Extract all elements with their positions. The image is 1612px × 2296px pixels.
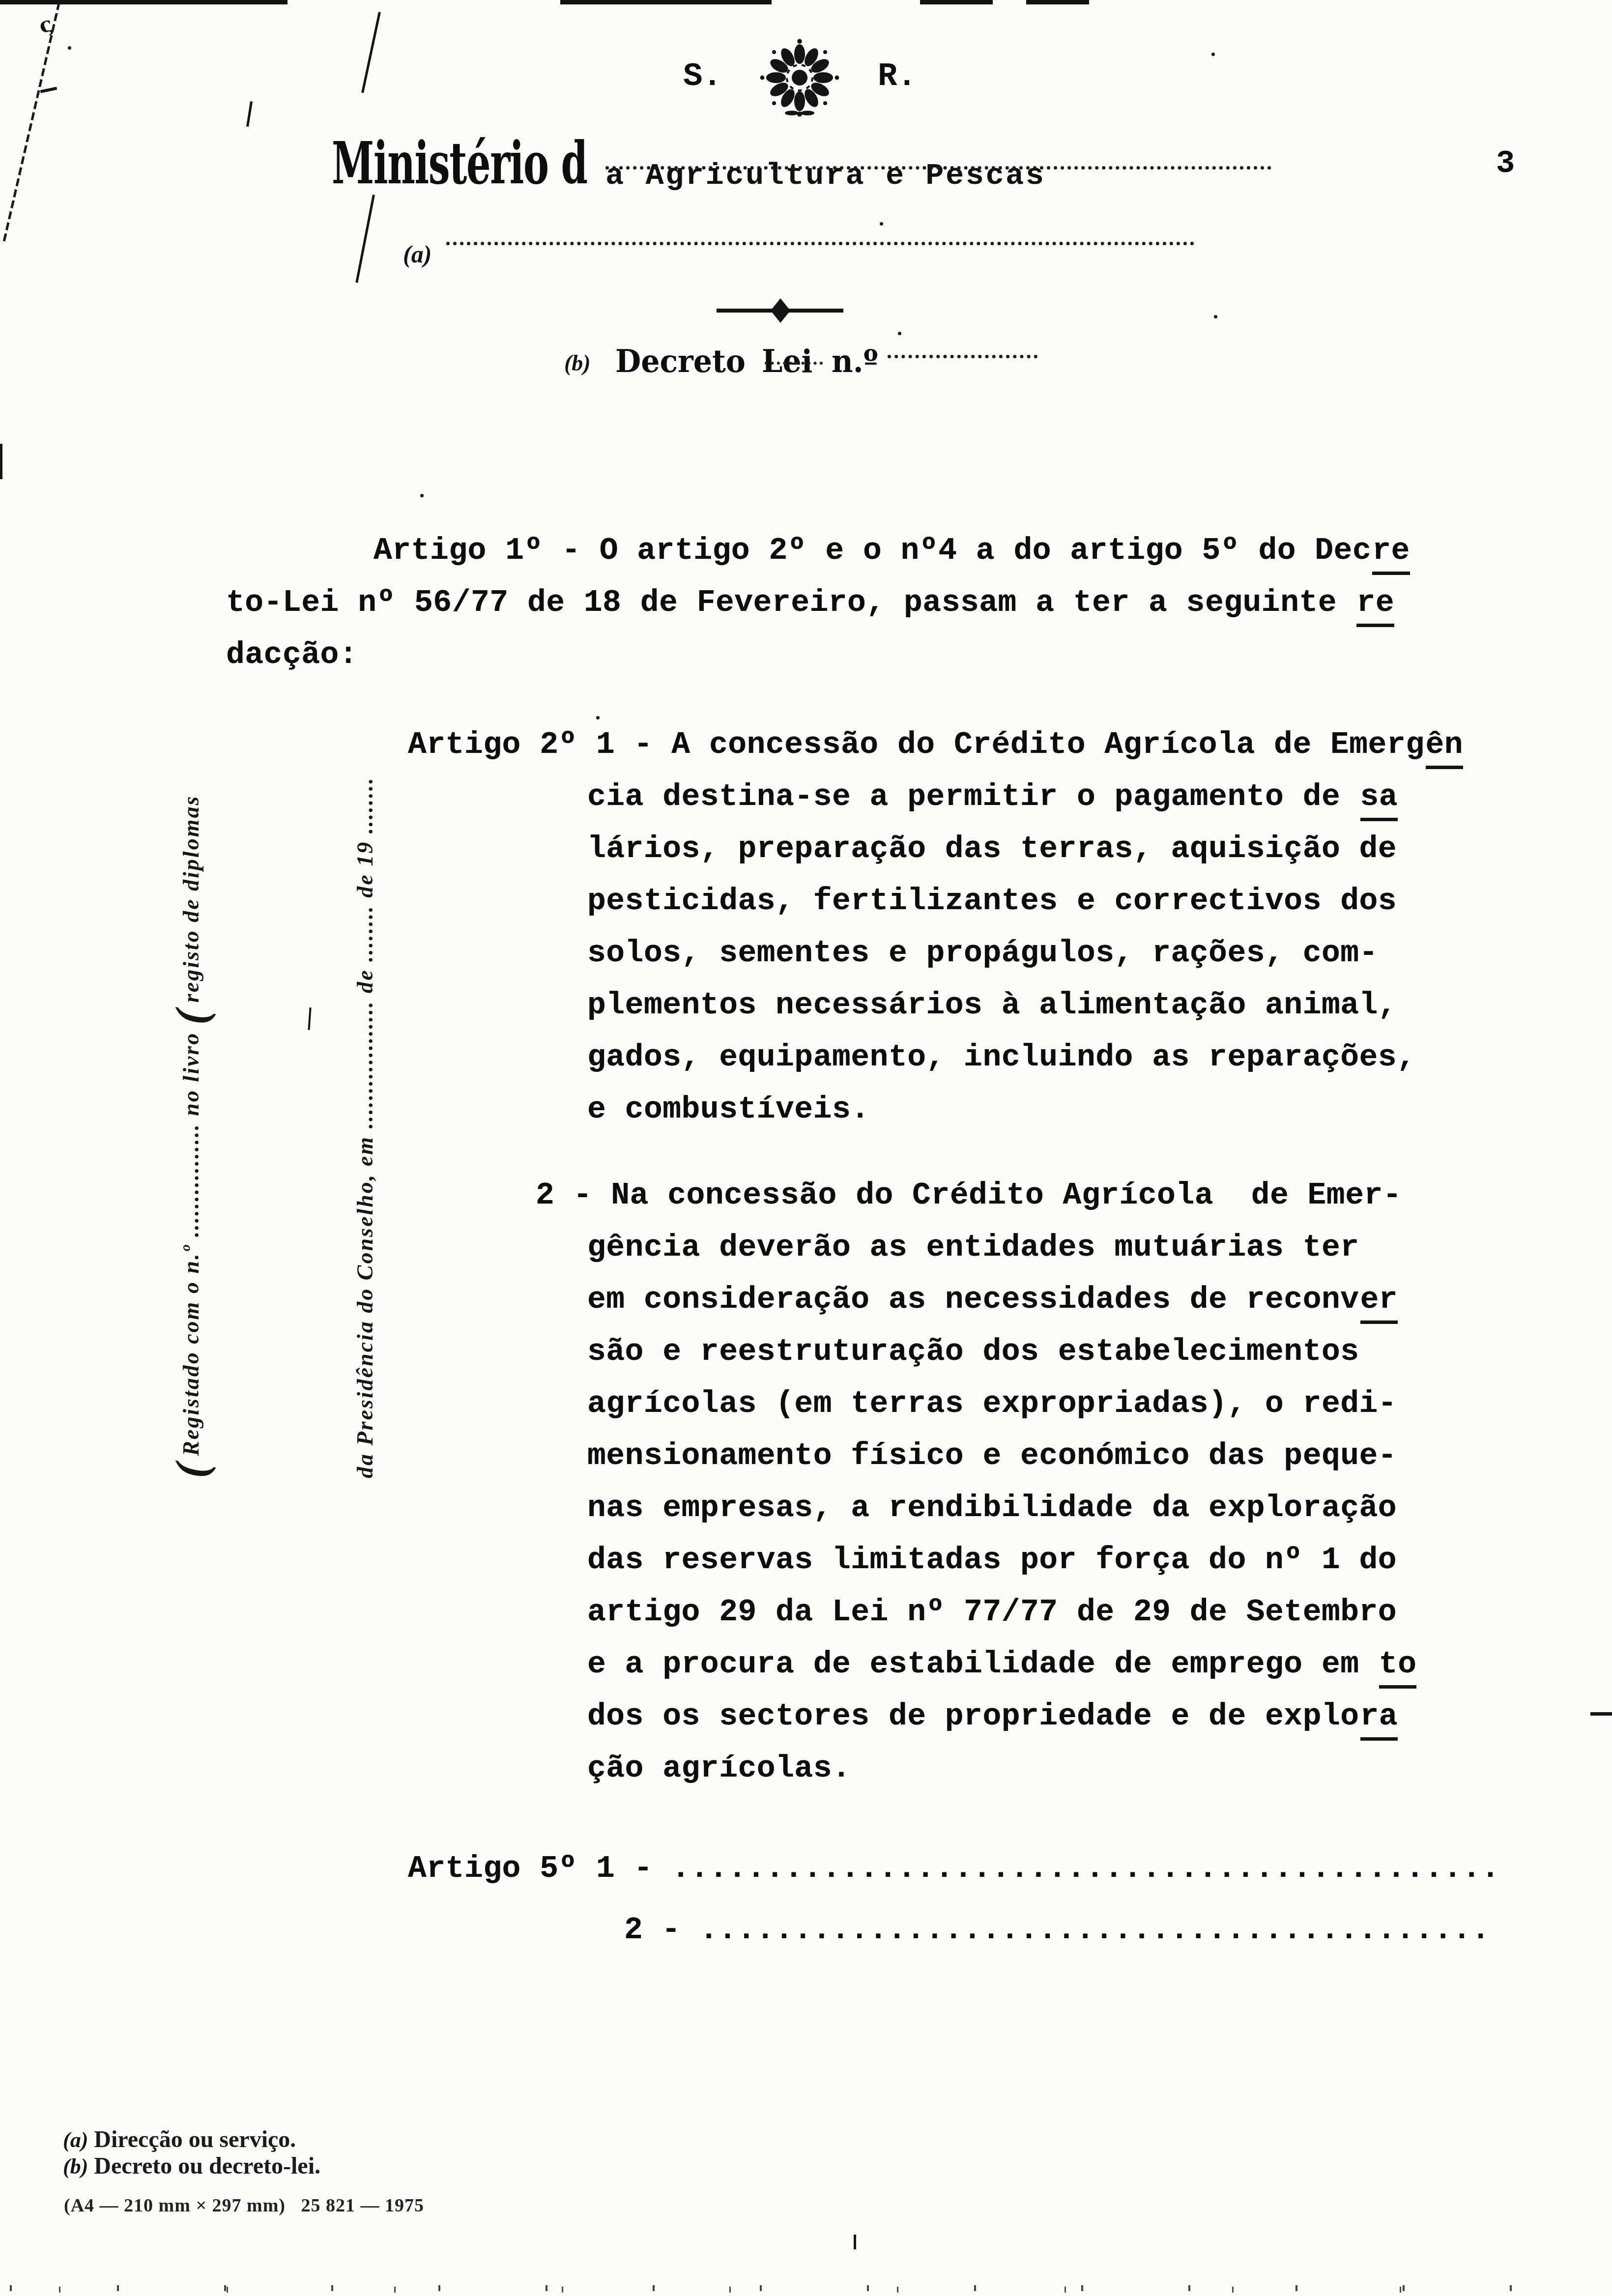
scanned-document-page: ς S. [0, 0, 1612, 2296]
scan-scratch-line [2, 2, 60, 244]
header-initial-s: S. [683, 58, 722, 95]
scan-bottom-noise [59, 2287, 1533, 2293]
scan-speck [68, 46, 71, 50]
body-line: to-Lei nº 56/77 de 18 de Fevereiro, pass… [226, 577, 1563, 629]
body-line: gência deverão as entidades mutuárias te… [587, 1222, 1563, 1274]
body-line: ção agrícolas. [587, 1743, 1563, 1795]
decree-number-dotted-rule [888, 355, 1037, 358]
hyphen-underline: ra [1360, 1699, 1398, 1741]
diamond-divider [717, 298, 843, 326]
ministry-dotted-rule [605, 166, 1271, 170]
scan-tick [246, 101, 253, 127]
hyphen-underline: re [1372, 533, 1410, 575]
floral-rosette-emblem-icon [750, 38, 849, 120]
decree-number-label: n.º [832, 343, 878, 380]
body-line: agrícolas (em terras expropriadas), o re… [587, 1378, 1563, 1430]
decree-label-word1: Decreto [615, 343, 746, 380]
form-imprint: (A4 — 210 mm × 297 mm) 25 821 — 1975 [64, 2195, 424, 2216]
hyphen-underline: sa [1360, 779, 1398, 821]
body-line: em consideração as necessidades de recon… [587, 1274, 1563, 1326]
body-line: 2 - Na concessão do Crédito Agrícola de … [536, 1170, 1563, 1222]
hyphen-underline: to [1379, 1647, 1417, 1689]
decree-small-dotted-rule [765, 362, 823, 365]
body-line: plementos necessários à alimentação anim… [587, 979, 1563, 1032]
scan-mark [40, 87, 58, 93]
scan-speck [1214, 315, 1217, 318]
body-line: Artigo 2º 1 - A concessão do Crédito Agr… [408, 719, 1563, 771]
scan-speck [420, 494, 424, 497]
header-initial-r: R. [878, 58, 917, 95]
big-paren-glyph: ( [166, 1463, 216, 1478]
body-line: Artigo 5º 1 - ..........................… [408, 1838, 1563, 1899]
paragraph-artigo-1: Artigo 1º - O artigo 2º e o nº4 a do art… [226, 525, 1563, 681]
margin-inscription-line1: ( Registado com o n.º ................ n… [162, 500, 220, 1478]
body-line: dos os sectores de propriedade e de expl… [587, 1691, 1563, 1743]
ministry-typed-value: a Agricultura e Pescas [605, 158, 1046, 193]
scan-tick [0, 444, 2, 479]
body-line: das reservas limitadas por força do nº 1… [587, 1534, 1563, 1586]
body-line: Artigo 1º - O artigo 2º e o nº4 a do art… [374, 525, 1563, 577]
footnote-b: (b) Decreto ou decreto-lei. [63, 2152, 320, 2180]
body-line: lários, preparação das terras, aquisição… [587, 823, 1563, 875]
body-line: nas empresas, a rendibilidade da explora… [587, 1482, 1563, 1534]
paragraph-artigo-5: Artigo 5º 1 - ..........................… [226, 1838, 1563, 1961]
scan-margin-dash [1590, 1712, 1612, 1716]
scan-edge-artifact [1026, 0, 1089, 4]
page-number: 3 [1496, 146, 1515, 182]
footnote-a-marker: (a) [63, 2128, 88, 2152]
scan-edge-artifact [560, 0, 772, 4]
hyphen-underline: re [1356, 585, 1394, 627]
hyphen-underline: ên [1426, 727, 1464, 769]
body-line: mensionamento físico e económico das peq… [587, 1430, 1563, 1482]
scan-edge-artifact [920, 0, 993, 4]
field-a-marker: (a) [403, 240, 432, 268]
hyphen-underline: er [1360, 1282, 1398, 1324]
field-b-marker: (b) [564, 350, 591, 376]
body-line: dacção: [226, 629, 1563, 681]
body-line: pesticidas, fertilizantes e correctivos … [587, 875, 1563, 927]
scan-speck [1211, 53, 1215, 56]
scan-speck [898, 332, 901, 335]
body-line: cia destina-se a permitir o pagamento de… [587, 771, 1563, 823]
body-line: solos, sementes e propágulos, rações, co… [587, 927, 1563, 979]
footnote-b-marker: (b) [63, 2154, 88, 2179]
paragraph-artigo-2-item-1: Artigo 2º 1 - A concessão do Crédito Agr… [226, 719, 1563, 1136]
scan-slash-mark [361, 12, 381, 93]
paragraph-artigo-2-item-2: 2 - Na concessão do Crédito Agrícola de … [226, 1170, 1563, 1795]
body-line: 2 - ....................................… [624, 1899, 1563, 1961]
body-line: e combustíveis. [587, 1084, 1563, 1136]
field-a-dotted-rule [446, 242, 1194, 245]
scan-tick [854, 2235, 856, 2249]
footnote-a: (a) Direcção ou serviço. [63, 2126, 296, 2153]
ministry-printed-label: Ministério d [332, 129, 587, 197]
scan-slash-mark [355, 195, 375, 283]
body-line: gados, equipamento, incluindo as reparaç… [587, 1032, 1563, 1084]
body-typescript: Artigo 1º - O artigo 2º e o nº4 a do art… [226, 525, 1563, 1961]
body-line: e a procura de estabilidade de emprego e… [587, 1638, 1563, 1691]
scan-speck [880, 222, 883, 226]
scan-edge-artifact [0, 0, 288, 4]
body-line: são e reestruturação dos estabelecimento… [587, 1326, 1563, 1378]
body-line: artigo 29 da Lei nº 77/77 de 29 de Setem… [587, 1586, 1563, 1638]
big-paren-glyph: ( [166, 1010, 216, 1025]
